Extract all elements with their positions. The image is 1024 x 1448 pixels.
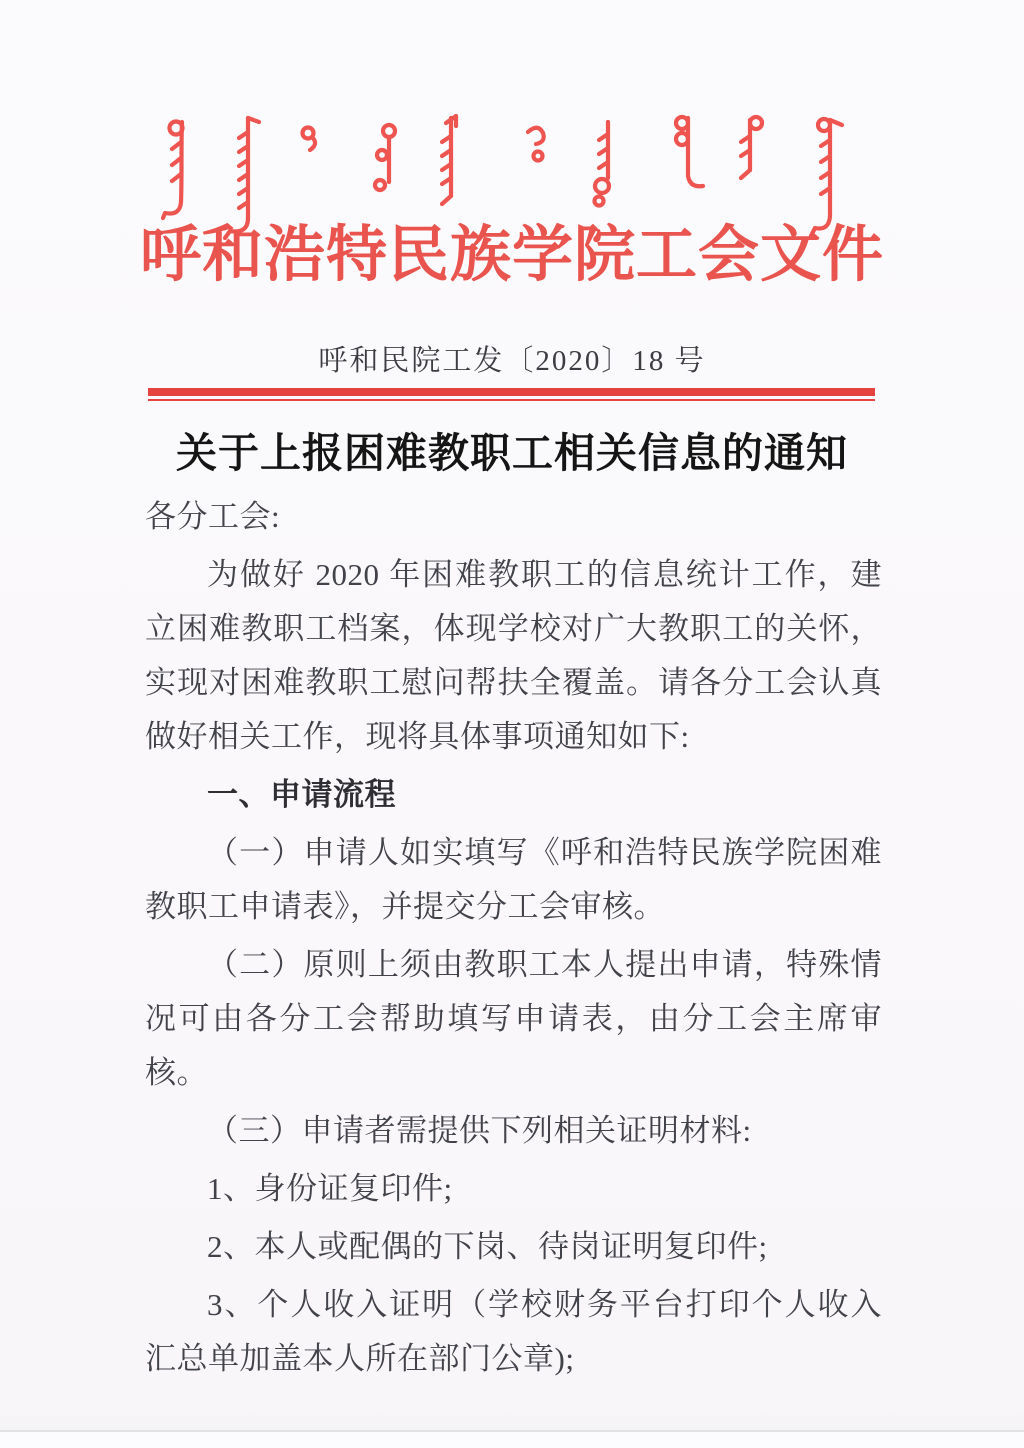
- item-3-paragraph: （三）申请者需提供下列相关证明材料:: [145, 1104, 882, 1158]
- material-2: 2、本人或配偶的下岗、待岗证明复印件;: [145, 1220, 882, 1274]
- red-divider-rule: [148, 388, 875, 401]
- section-heading-application-process: 一、申请流程: [145, 768, 882, 822]
- document-number: 呼和民院工发〔2020〕18 号: [0, 338, 1024, 379]
- salutation: 各分工会:: [145, 490, 882, 544]
- scan-edge-below: [0, 1432, 1024, 1448]
- rule-thick-line: [148, 388, 875, 396]
- masthead-title: 呼和浩特民族学院工会文件: [0, 206, 1024, 293]
- notice-body: 各分工会: 为做好 2020 年困难教职工的信息统计工作，建立困难教职工档案，体…: [145, 490, 882, 1390]
- item-1-paragraph: （一）申请人如实填写《呼和浩特民族学院困难教职工申请表》，并提交分工会审核。: [145, 826, 882, 934]
- notice-title: 关于上报困难教职工相关信息的通知: [0, 420, 1024, 479]
- rule-thin-line: [148, 399, 875, 401]
- intro-paragraph: 为做好 2020 年困难教职工的信息统计工作，建立困难教职工档案，体现学校对广大…: [145, 548, 882, 764]
- item-2-paragraph: （二）原则上须由教职工本人提出申请，特殊情况可由各分工会帮助填写申请表，由分工会…: [145, 938, 882, 1100]
- material-3: 3、个人收入证明（学校财务平台打印个人收入汇总单加盖本人所在部门公章);: [145, 1278, 882, 1386]
- material-1: 1、身份证复印件;: [145, 1162, 882, 1216]
- scanned-document-page: 呼和浩特民族学院工会文件 呼和民院工发〔2020〕18 号 关于上报困难教职工相…: [0, 0, 1024, 1448]
